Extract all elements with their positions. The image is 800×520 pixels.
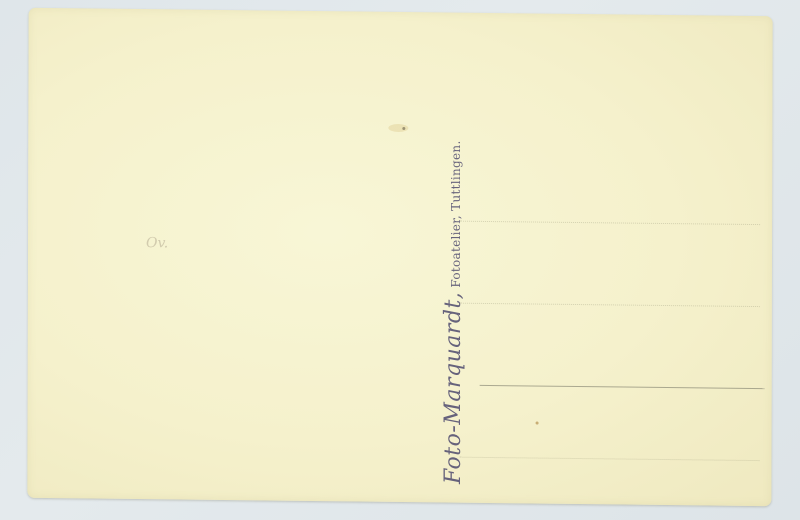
stain — [388, 124, 408, 132]
photographer-stamp: Foto-Marquardt, Fotoatelier, Tuttlingen. — [441, 140, 466, 484]
address-line-3 — [480, 385, 765, 389]
stain-dot — [536, 422, 539, 425]
postcard-back: Ov. — [27, 8, 772, 506]
stamp-studio-detail: Fotoatelier, Tuttlingen. — [449, 140, 463, 291]
address-line-1 — [460, 221, 760, 225]
handwritten-mark: Ov. — [146, 235, 168, 251]
address-line-2 — [460, 303, 760, 307]
address-line-4 — [459, 457, 759, 461]
stain-dot — [402, 127, 405, 130]
stamp-studio-name: Foto-Marquardt, — [441, 292, 466, 484]
